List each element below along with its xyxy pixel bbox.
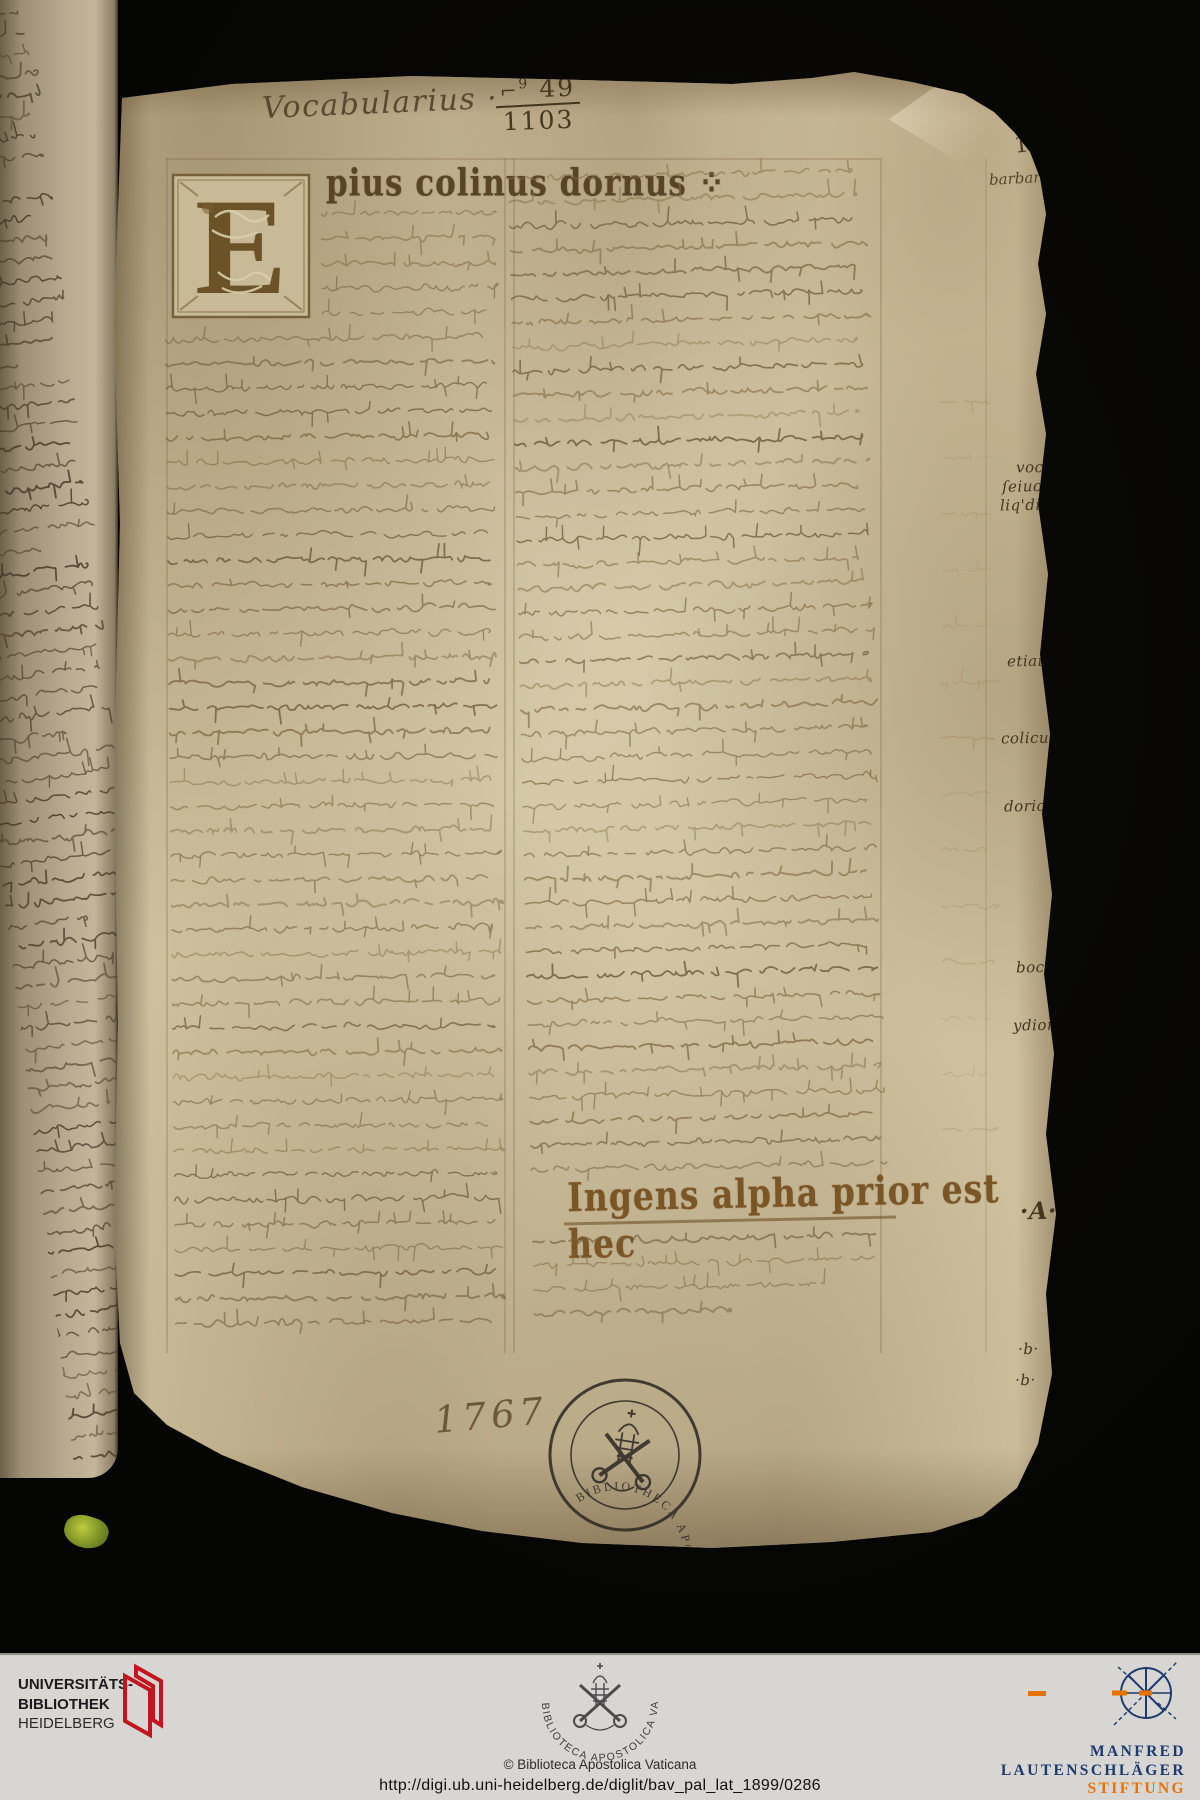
left-text-column	[156, 150, 521, 1364]
footer-bar: UNIVERSITÄTS- BIBLIOTHEK HEIDELBERG BI	[0, 1653, 1200, 1800]
margin-annotation: doricus	[1004, 796, 1064, 815]
margin-annotation: vocales	[1016, 457, 1076, 476]
margin-annotation: ·b·	[1018, 1340, 1039, 1358]
bookmark-ribbon	[60, 1510, 112, 1554]
margin-annotation: bocaus·	[1016, 957, 1078, 976]
vatican-emblem: BIBLIOTECA APOSTOLICA VATICANA	[528, 1659, 672, 1763]
mls-dash-icon	[1028, 1691, 1046, 1696]
mls-line-3: STIFTUNG	[1001, 1780, 1186, 1799]
shelfmark-prefix: ⌐	[499, 79, 519, 104]
margin-annotation: ·A·	[1020, 1196, 1057, 1226]
shelfmark-inscription: ⌐9 49 1103	[495, 73, 581, 137]
vatican-arc-text: BIBLIOTECA APOSTOLICA VATICANA	[528, 1659, 661, 1763]
year-inscription: 1767	[432, 1389, 549, 1442]
right-text-column	[499, 156, 900, 1354]
margin-annotation: etiais·	[1007, 652, 1057, 671]
svg-text:BIBLIOTECA APOSTOLICA VATICANA: BIBLIOTECA APOSTOLICA VATICANA	[528, 1659, 661, 1763]
mls-wordmark: MANFRED LAUTENSCHLÄGER STIFTUNG	[1001, 1743, 1186, 1799]
folio-number: 134	[1013, 127, 1071, 159]
margin-annotation: liq'dis·	[1000, 496, 1054, 515]
margin-annotation: colicus	[1001, 729, 1058, 748]
margin-annotation: ſeiuocales	[1002, 476, 1084, 495]
margin-annotation: ydioma·	[1013, 1015, 1077, 1034]
margin-ghost-writing	[940, 392, 1000, 1212]
facing-page-handwriting	[0, 0, 118, 1478]
manuscript-scan-page: Vocabularius · ⌐9 49 1103 134 barbarin⁹ …	[0, 0, 1200, 1800]
shelfmark-number: 49	[539, 73, 576, 103]
photo-area: Vocabularius · ⌐9 49 1103 134 barbarin⁹ …	[0, 0, 1200, 1653]
mls-line-2: LAUTENSCHLÄGER	[1001, 1762, 1186, 1781]
vatican-keys-icon	[574, 1663, 626, 1730]
facing-page-edge	[0, 0, 118, 1478]
shelfmark-lower-number: 1103	[496, 105, 581, 137]
title-inscription: Vocabularius ·	[261, 81, 499, 126]
margin-annotation: ·b·	[1015, 1371, 1036, 1389]
manuscript-leaf: Vocabularius · ⌐9 49 1103 134 barbarin⁹ …	[112, 72, 1064, 1552]
ub-book-icon	[114, 1661, 170, 1741]
mls-line-1: MANFRED	[1001, 1743, 1186, 1762]
margin-note-top: barbarin⁹	[989, 167, 1062, 189]
library-stamp: BIBLIOTHECA APOSTOLICA VATICANA ∗	[533, 1363, 716, 1546]
shelfmark-sup: 9	[518, 76, 529, 92]
mls-compass-icon	[1106, 1657, 1186, 1741]
